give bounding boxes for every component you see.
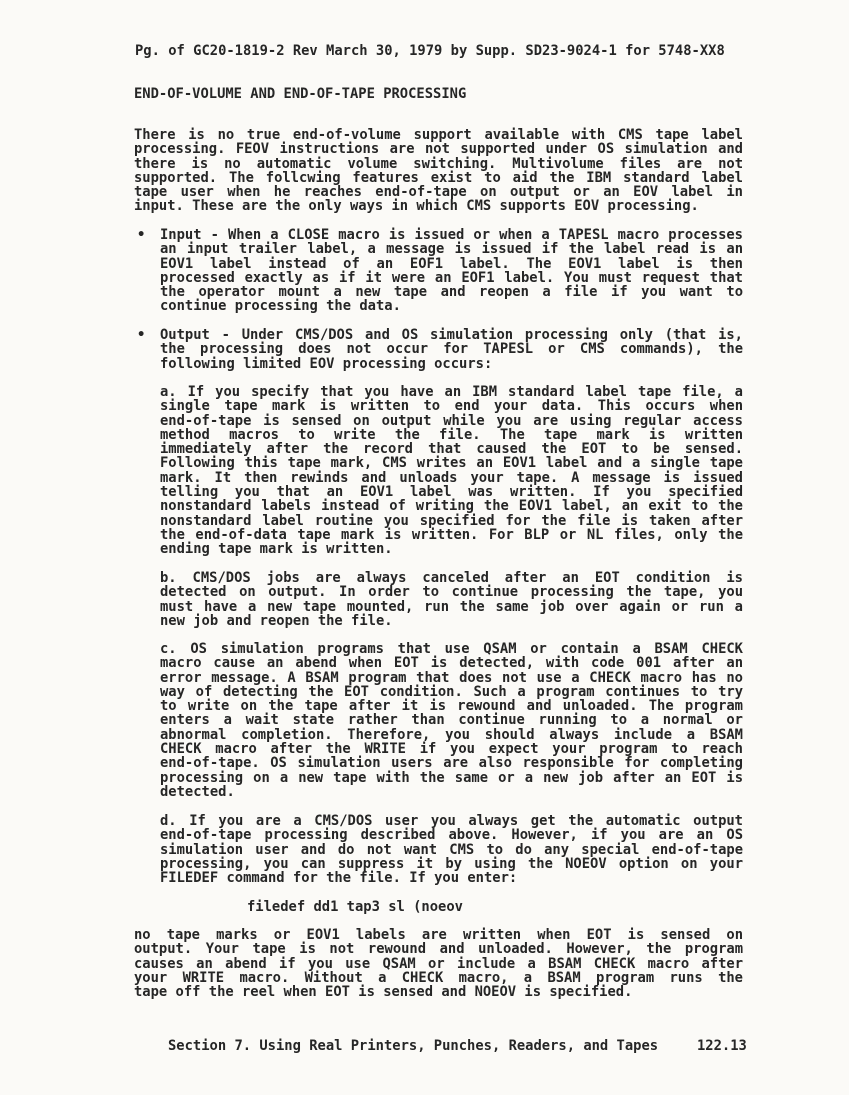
text-line: continue processing the data.: [160, 299, 743, 313]
closing-paragraph: no tape marks or EOV1 labels are written…: [134, 928, 743, 999]
text-line: c. OS simulation programs that use QSAM …: [160, 642, 743, 656]
text-line: there is no automatic volume switching. …: [134, 157, 743, 171]
text-line: way of detecting the EOT condition. Such…: [160, 685, 743, 699]
text-line: immediately after the record that caused…: [160, 442, 743, 456]
text-line: b. CMS/DOS jobs are always canceled afte…: [160, 571, 743, 585]
text-line: d. If you are a CMS/DOS user you always …: [160, 814, 743, 828]
page-header: Pg. of GC20-1819-2 Rev March 30, 1979 by…: [135, 44, 725, 58]
text-line: Input - When a CLOSE macro is issued or …: [160, 228, 743, 242]
text-line: supported. The follcwing features exist …: [134, 171, 743, 185]
text-line: EOV1 label instead of an EOF1 label. The…: [160, 257, 743, 271]
intro-paragraph: There is no true end-of-volume support a…: [134, 128, 743, 214]
bullet-item-output: Output - Under CMS/DOS and OS simulation…: [160, 328, 743, 371]
text-line: the operator mount a new tape and reopen…: [160, 285, 743, 299]
list-item-c: c. OS simulation programs that use QSAM …: [160, 642, 743, 799]
text-line: following limited EOV processing occurs:: [160, 357, 743, 371]
text-line: method macros to write the file. The tap…: [160, 428, 743, 442]
page-number: 122.13: [697, 1039, 747, 1053]
list-item-b: b. CMS/DOS jobs are always canceled afte…: [160, 571, 743, 628]
text-line: enters a wait state rather than continue…: [160, 713, 743, 727]
bullet-icon: •: [137, 228, 149, 242]
text-line: output. Your tape is not rewound and unl…: [134, 942, 743, 956]
command-line: filedef dd1 tap3 sl (noeov: [247, 900, 463, 914]
text-line: end-of-tape. OS simulation users are als…: [160, 756, 743, 770]
text-line: error message. A BSAM program that does …: [160, 671, 743, 685]
text-line: end-of-tape is sensed on output while yo…: [160, 414, 743, 428]
text-line: end-of-tape processing described above. …: [160, 828, 743, 842]
text-line: a. If you specify that you have an IBM s…: [160, 385, 743, 399]
text-line: CHECK macro after the WRITE if you expec…: [160, 742, 743, 756]
footer-section-label: Section 7. Using Real Printers, Punches,…: [168, 1039, 658, 1053]
text-line: the processing does not occur for TAPESL…: [160, 342, 743, 356]
text-line: your WRITE macro. Without a CHECK macro,…: [134, 971, 743, 985]
bullet-icon: •: [137, 328, 149, 342]
text-line: processing on a new tape with the same o…: [160, 771, 743, 785]
text-line: the end-of-data tape mark is written. Fo…: [160, 528, 743, 542]
bullet-item-input: Input - When a CLOSE macro is issued or …: [160, 228, 743, 314]
text-line: mark. It then rewinds and unloads your t…: [160, 471, 743, 485]
text-line: Following this tape mark, CMS writes an …: [160, 456, 743, 470]
text-line: detected on output. In order to continue…: [160, 585, 743, 599]
text-line: to write on the tape after it is rewound…: [160, 699, 743, 713]
text-line: tape off the reel when EOT is sensed and…: [134, 985, 743, 999]
text-line: There is no true end-of-volume support a…: [134, 128, 743, 142]
text-line: an input trailer label, a message is iss…: [160, 242, 743, 256]
text-line: Output - Under CMS/DOS and OS simulation…: [160, 328, 743, 342]
text-line: ending tape mark is written.: [160, 542, 743, 556]
text-line: detected.: [160, 785, 743, 799]
text-line: input. These are the only ways in which …: [134, 199, 743, 213]
text-line: abnormal completion. Therefore, you shou…: [160, 728, 743, 742]
document-page: { "page": { "header": "Pg. of GC20-1819-…: [0, 0, 849, 1095]
text-line: single tape mark is written to end your …: [160, 399, 743, 413]
text-line: FILEDEF command for the file. If you ent…: [160, 871, 743, 885]
text-line: nonstandard label routine you specified …: [160, 514, 743, 528]
text-line: telling you that an EOV1 label was writt…: [160, 485, 743, 499]
text-line: simulation user and do not want CMS to d…: [160, 843, 743, 857]
text-line: macro cause an abend when EOT is detecte…: [160, 656, 743, 670]
text-line: tape user when he reaches end-of-tape on…: [134, 185, 743, 199]
text-line: no tape marks or EOV1 labels are written…: [134, 928, 743, 942]
page-title: END-OF-VOLUME AND END-OF-TAPE PROCESSING: [134, 87, 466, 101]
text-line: nonstandard labels instead of writing th…: [160, 499, 743, 513]
list-item-d: d. If you are a CMS/DOS user you always …: [160, 814, 743, 885]
text-line: new job and reopen the file.: [160, 614, 743, 628]
text-line: processed exactly as if it were an EOF1 …: [160, 271, 743, 285]
text-line: must have a new tape mounted, run the sa…: [160, 600, 743, 614]
text-line: processing. FEOV instructions are not su…: [134, 142, 743, 156]
text-line: causes an abend if you use QSAM or inclu…: [134, 957, 743, 971]
list-item-a: a. If you specify that you have an IBM s…: [160, 385, 743, 557]
text-line: processing, you can suppress it by using…: [160, 857, 743, 871]
